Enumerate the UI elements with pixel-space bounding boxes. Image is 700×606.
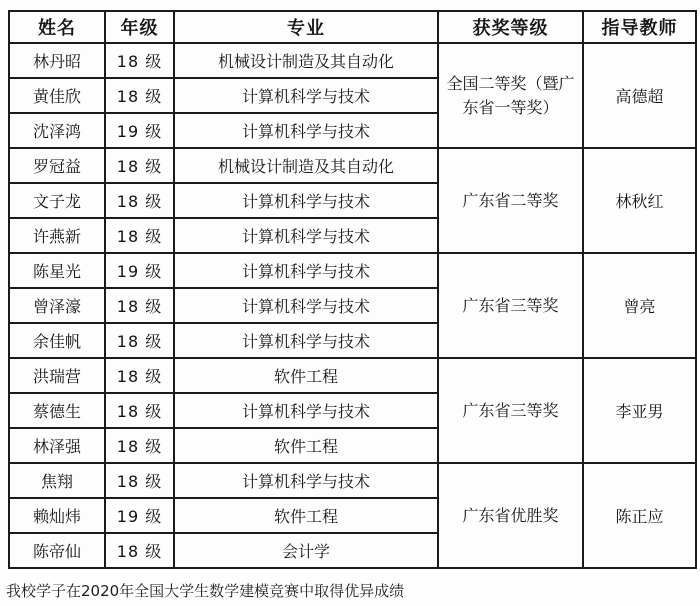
header-award-level: 获奖等级 <box>438 11 583 43</box>
cell-student-name: 洪瑞营 <box>9 358 105 393</box>
cell-grade: 18 级 <box>105 288 174 323</box>
cell-major: 计算机科学与技术 <box>174 78 438 113</box>
header-row: 姓名 年级 专业 获奖等级 指导教师 <box>9 11 696 43</box>
cell-major: 软件工程 <box>174 428 438 463</box>
cell-student-name: 陈星光 <box>9 253 105 288</box>
cell-grade: 18 级 <box>105 218 174 253</box>
cell-student-name: 陈帝仙 <box>9 533 105 568</box>
header-major: 专业 <box>174 11 438 43</box>
table-row: 陈星光19 级计算机科学与技术广东省三等奖曾亮 <box>9 253 696 288</box>
cell-major: 计算机科学与技术 <box>174 113 438 148</box>
table-row: 林丹昭18 级机械设计制造及其自动化全国二等奖（暨广东省一等奖）高德超 <box>9 43 696 78</box>
cell-grade: 19 级 <box>105 113 174 148</box>
awards-table: 姓名 年级 专业 获奖等级 指导教师 林丹昭18 级机械设计制造及其自动化全国二… <box>8 10 697 569</box>
cell-major: 计算机科学与技术 <box>174 183 438 218</box>
cell-grade: 19 级 <box>105 253 174 288</box>
cell-student-name: 黄佳欣 <box>9 78 105 113</box>
cell-grade: 18 级 <box>105 183 174 218</box>
cell-student-name: 蔡德生 <box>9 393 105 428</box>
cell-student-name: 沈泽鸿 <box>9 113 105 148</box>
cell-award-level: 广东省二等奖 <box>438 148 583 253</box>
page: 姓名 年级 专业 获奖等级 指导教师 林丹昭18 级机械设计制造及其自动化全国二… <box>0 0 700 606</box>
cell-student-name: 林丹昭 <box>9 43 105 78</box>
cell-major: 软件工程 <box>174 358 438 393</box>
cell-grade: 18 级 <box>105 393 174 428</box>
cell-grade: 18 级 <box>105 43 174 78</box>
table-row: 罗冠益18 级机械设计制造及其自动化广东省二等奖林秋红 <box>9 148 696 183</box>
cell-grade: 18 级 <box>105 533 174 568</box>
cell-award-level: 广东省三等奖 <box>438 253 583 358</box>
cell-student-name: 赖灿炜 <box>9 498 105 533</box>
cell-student-name: 罗冠益 <box>9 148 105 183</box>
cell-student-name: 焦翔 <box>9 463 105 498</box>
cell-major: 计算机科学与技术 <box>174 393 438 428</box>
cell-grade: 19 级 <box>105 498 174 533</box>
cell-major: 计算机科学与技术 <box>174 463 438 498</box>
cell-advisor: 陈正应 <box>583 463 696 568</box>
cell-major: 机械设计制造及其自动化 <box>174 43 438 78</box>
header-grade: 年级 <box>105 11 174 43</box>
cell-grade: 18 级 <box>105 323 174 358</box>
cell-grade: 18 级 <box>105 358 174 393</box>
caption: 我校学子在2020年全国大学生数学建模竞赛中取得优异成绩 <box>6 580 696 601</box>
cell-advisor: 曾亮 <box>583 253 696 358</box>
cell-advisor: 李亚男 <box>583 358 696 463</box>
cell-student-name: 余佳帆 <box>9 323 105 358</box>
cell-student-name: 林泽强 <box>9 428 105 463</box>
cell-student-name: 曾泽濠 <box>9 288 105 323</box>
cell-grade: 18 级 <box>105 463 174 498</box>
cell-major: 会计学 <box>174 533 438 568</box>
table-row: 焦翔18 级计算机科学与技术广东省优胜奖陈正应 <box>9 463 696 498</box>
cell-major: 计算机科学与技术 <box>174 218 438 253</box>
cell-grade: 18 级 <box>105 78 174 113</box>
cell-major: 软件工程 <box>174 498 438 533</box>
cell-award-level: 广东省三等奖 <box>438 358 583 463</box>
cell-award-level: 广东省优胜奖 <box>438 463 583 568</box>
cell-award-level: 全国二等奖（暨广东省一等奖） <box>438 43 583 148</box>
cell-student-name: 文子龙 <box>9 183 105 218</box>
cell-advisor: 林秋红 <box>583 148 696 253</box>
cell-student-name: 许燕新 <box>9 218 105 253</box>
cell-grade: 18 级 <box>105 428 174 463</box>
header-advisor: 指导教师 <box>583 11 696 43</box>
table-row: 洪瑞营18 级软件工程广东省三等奖李亚男 <box>9 358 696 393</box>
cell-advisor: 高德超 <box>583 43 696 148</box>
cell-major: 计算机科学与技术 <box>174 323 438 358</box>
cell-major: 机械设计制造及其自动化 <box>174 148 438 183</box>
cell-major: 计算机科学与技术 <box>174 288 438 323</box>
header-name: 姓名 <box>9 11 105 43</box>
cell-grade: 18 级 <box>105 148 174 183</box>
cell-major: 计算机科学与技术 <box>174 253 438 288</box>
